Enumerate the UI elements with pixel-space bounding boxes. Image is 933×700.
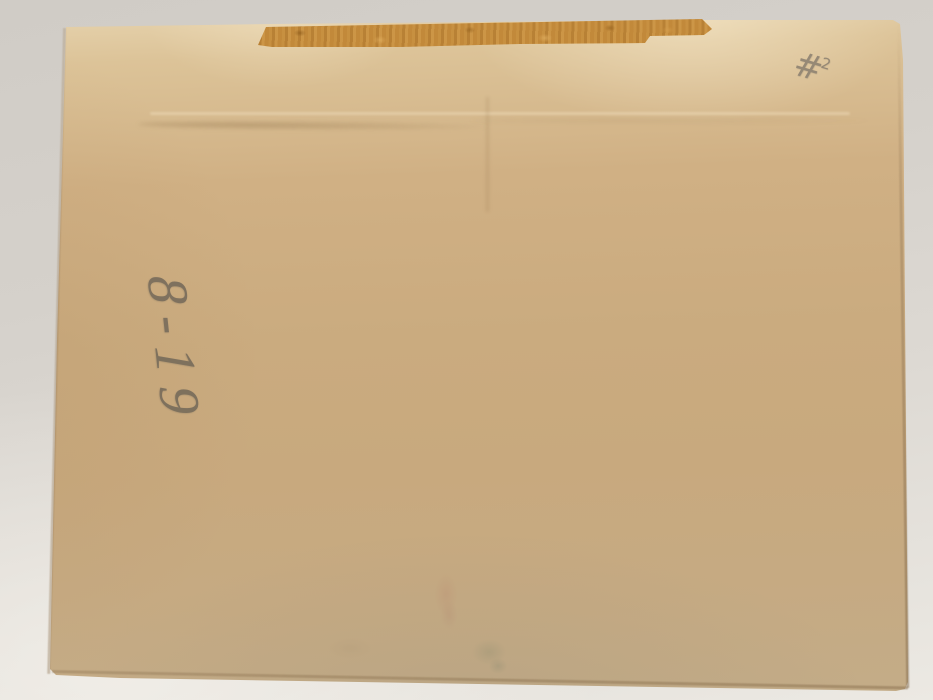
crease-smudge-faint — [470, 118, 870, 123]
faint-vertical-mark — [486, 97, 489, 212]
photo-backdrop-surface: 8-19 #2 — [0, 0, 933, 700]
photo-back-paper — [0, 0, 933, 700]
crease-highlight — [150, 112, 850, 115]
